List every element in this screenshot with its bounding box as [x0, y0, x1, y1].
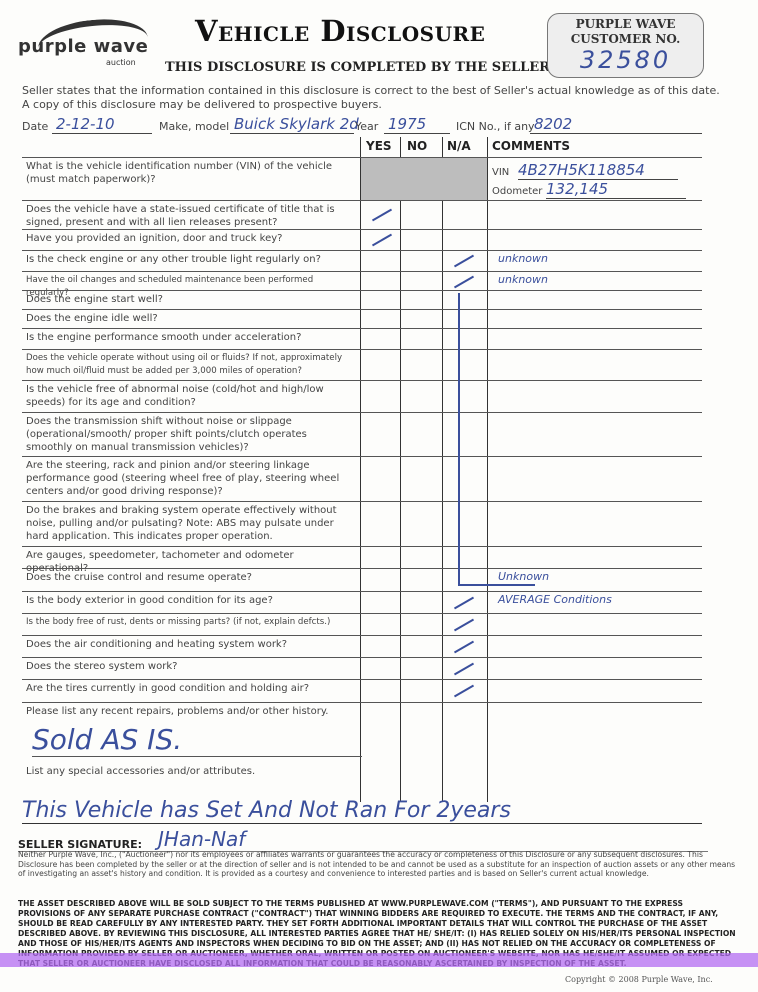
table-row: Does the engine start well?: [22, 290, 702, 310]
odometer-field[interactable]: 132,145: [546, 180, 686, 199]
answer-cell-yes[interactable]: [361, 413, 400, 457]
answer-cell-yes[interactable]: [361, 251, 400, 272]
accessories-section[interactable]: List any special accessories and/or attr…: [22, 760, 702, 837]
answer-cell-no[interactable]: [401, 569, 442, 592]
table-row: Have you provided an ignition, door and …: [22, 229, 702, 251]
check-mark-icon: [454, 597, 474, 610]
answer-cell-yes: [361, 158, 400, 201]
comment-cell[interactable]: [488, 658, 702, 680]
page-subtitle: THIS DISCLOSURE IS COMPLETED BY THE SELL…: [165, 60, 555, 75]
comment-cell[interactable]: unknown: [488, 272, 702, 291]
table-row: Is the body exterior in good condition f…: [22, 591, 702, 614]
column-header-yes: YES: [366, 139, 392, 153]
make-model-field[interactable]: Buick Skylark 2d: [230, 116, 354, 134]
question-text: Does the vehicle have a state-issued cer…: [26, 203, 356, 229]
answer-cell-yes[interactable]: [361, 547, 400, 569]
check-mark-icon: [372, 234, 392, 247]
question-text: Does the stereo system work?: [26, 660, 356, 673]
customer-number-box: PURPLE WAVE CUSTOMER NO. 32580: [547, 13, 704, 78]
answer-cell-na[interactable]: [443, 251, 487, 272]
question-text: Does the air conditioning and heating sy…: [26, 638, 356, 651]
answer-cell-yes[interactable]: [361, 230, 400, 251]
table-row: Are the steering, rack and pinion and/or…: [22, 456, 702, 502]
repairs-value: Sold AS IS.: [32, 723, 362, 757]
check-mark-icon: [454, 641, 474, 654]
table-row: What is the vehicle identification numbe…: [22, 157, 702, 201]
answer-cell-yes[interactable]: [361, 636, 400, 658]
make-model-label: Make, model: [159, 120, 229, 133]
answer-cell-no[interactable]: [401, 680, 442, 703]
year-value: 1975: [388, 115, 426, 133]
vin-field[interactable]: 4B27H5K118854: [518, 161, 678, 180]
answer-cell-yes[interactable]: [361, 614, 400, 636]
answer-cell-no[interactable]: [401, 350, 442, 381]
question-text: Have you provided an ignition, door and …: [26, 232, 356, 245]
answer-cell-yes[interactable]: [361, 381, 400, 413]
comment-cell[interactable]: [488, 636, 702, 658]
answer-cell-yes[interactable]: [361, 350, 400, 381]
answer-cell-yes[interactable]: [361, 569, 400, 592]
answer-cell-yes[interactable]: [361, 329, 400, 350]
answer-cell-yes[interactable]: [361, 680, 400, 703]
check-mark-icon: [454, 275, 474, 288]
answer-cell-no[interactable]: [401, 413, 442, 457]
check-mark-icon: [372, 209, 392, 222]
answer-cell-no[interactable]: [401, 457, 442, 502]
intro-line1: Seller states that the information conta…: [22, 84, 742, 98]
table-row: Is the check engine or any other trouble…: [22, 250, 702, 272]
answer-cell-yes[interactable]: [361, 658, 400, 680]
answer-cell-na[interactable]: [443, 230, 487, 251]
comment-value: unknown: [498, 252, 548, 265]
table-row: Are the tires currently in good conditio…: [22, 679, 702, 703]
check-mark-icon: [454, 663, 474, 676]
answer-cell-na[interactable]: [443, 680, 487, 703]
question-text: Do the brakes and braking system operate…: [26, 504, 356, 543]
answer-cell-na[interactable]: [443, 592, 487, 614]
answer-cell-no[interactable]: [401, 592, 442, 614]
table-row: Is the engine performance smooth under a…: [22, 328, 702, 350]
table-row: Does the air conditioning and heating sy…: [22, 635, 702, 658]
customer-box-label: PURPLE WAVE CUSTOMER NO.: [548, 14, 703, 47]
icn-label: ICN No., if any: [456, 120, 535, 133]
table-row: Does the transmission shift without nois…: [22, 412, 702, 457]
question-text: Does the engine start well?: [26, 293, 356, 306]
repairs-section[interactable]: Please list any recent repairs, problems…: [22, 702, 702, 761]
answer-cell-na[interactable]: [443, 636, 487, 658]
date-value: 2-12-10: [56, 115, 115, 133]
comment-cell[interactable]: [488, 680, 702, 703]
answer-cell-yes[interactable]: [361, 457, 400, 502]
highlight-bar: [0, 953, 758, 967]
answer-cell-na[interactable]: [443, 658, 487, 680]
vin-label: VIN: [492, 167, 509, 178]
answer-cell-no[interactable]: [401, 658, 442, 680]
na-bracket-mark: [458, 293, 535, 586]
signature-field[interactable]: JHan-Naf: [158, 827, 245, 851]
question-text: What is the vehicle identification numbe…: [26, 160, 356, 186]
question-text: Is the vehicle free of abnormal noise (c…: [26, 383, 356, 409]
answer-cell-yes[interactable]: [361, 291, 400, 310]
comment-cell[interactable]: VIN4B27H5K118854Odometer132,145: [488, 158, 702, 201]
comment-cell[interactable]: [488, 614, 702, 636]
make-model-value: Buick Skylark 2d: [234, 115, 359, 133]
table-row: Have the oil changes and scheduled maint…: [22, 271, 702, 291]
answer-cell-no[interactable]: [401, 329, 442, 350]
logo-text: purple wave: [18, 36, 148, 57]
icn-field[interactable]: 8202: [530, 116, 702, 134]
answer-cell-no[interactable]: [401, 502, 442, 547]
answer-cell-yes[interactable]: [361, 502, 400, 547]
customer-box-line1: PURPLE WAVE: [548, 17, 703, 32]
column-header-comments: COMMENTS: [492, 139, 570, 153]
table-row: Are gauges, speedometer, tachometer and …: [22, 546, 702, 569]
answer-cell-no: [401, 158, 442, 201]
table-row: Does the vehicle have a state-issued cer…: [22, 200, 702, 230]
accessories-label: List any special accessories and/or attr…: [26, 765, 356, 778]
year-label: Year: [355, 120, 378, 133]
date-field[interactable]: 2-12-10: [52, 116, 152, 134]
check-mark-icon: [454, 255, 474, 268]
intro-statement: Seller states that the information conta…: [22, 84, 742, 112]
icn-value: 8202: [534, 115, 572, 133]
table-row: Does the engine idle well?: [22, 309, 702, 329]
question-text: Is the body free of rust, dents or missi…: [26, 616, 356, 629]
comment-cell[interactable]: unknown: [488, 251, 702, 272]
page-title: Vehicle Disclosure: [195, 14, 485, 48]
answer-cell-na: [443, 158, 487, 201]
question-text: Are the tires currently in good conditio…: [26, 682, 356, 695]
answer-cell-no[interactable]: [401, 291, 442, 310]
answer-cell-no[interactable]: [401, 547, 442, 569]
table-row: Does the stereo system work?: [22, 657, 702, 680]
comment-cell[interactable]: [488, 201, 702, 230]
vehicle-meta-row: Date 2-12-10 Make, model Buick Skylark 2…: [22, 116, 742, 136]
question-text: Are the steering, rack and pinion and/or…: [26, 459, 356, 498]
comment-value: AVERAGE Conditions: [498, 593, 612, 606]
date-label: Date: [22, 120, 48, 133]
answer-cell-no[interactable]: [401, 251, 442, 272]
intro-line2: A copy of this disclosure may be deliver…: [22, 98, 742, 112]
answer-cell-no[interactable]: [401, 272, 442, 291]
comment-value: unknown: [498, 273, 548, 286]
question-text: Does the transmission shift without nois…: [26, 415, 356, 454]
comment-cell[interactable]: [488, 230, 702, 251]
answer-cell-na[interactable]: [443, 272, 487, 291]
answer-cell-yes[interactable]: [361, 201, 400, 230]
answer-cell-yes[interactable]: [361, 310, 400, 329]
answer-cell-no[interactable]: [401, 636, 442, 658]
check-mark-icon: [454, 619, 474, 632]
question-text: Is the check engine or any other trouble…: [26, 253, 356, 266]
question-text: Is the engine performance smooth under a…: [26, 331, 356, 344]
customer-box-line2: CUSTOMER NO.: [548, 32, 703, 47]
answer-cell-no[interactable]: [401, 310, 442, 329]
answer-cell-na[interactable]: [443, 201, 487, 230]
disclaimer-text: Neither Purple Wave, Inc., ("Auctioneer"…: [18, 850, 738, 879]
column-header-na: N/A: [447, 139, 471, 153]
odometer-label: Odometer: [492, 186, 542, 197]
table-row: Do the brakes and braking system operate…: [22, 501, 702, 547]
answer-cell-no[interactable]: [401, 230, 442, 251]
answer-cell-no[interactable]: [401, 381, 442, 413]
comment-cell[interactable]: AVERAGE Conditions: [488, 592, 702, 614]
accessories-value: This Vehicle has Set And Not Ran For 2ye…: [22, 798, 702, 824]
table-row: Does the cruise control and resume opera…: [22, 568, 702, 592]
table-row: Is the body free of rust, dents or missi…: [22, 613, 702, 636]
year-field[interactable]: 1975: [384, 116, 450, 134]
repairs-label: Please list any recent repairs, problems…: [26, 705, 356, 718]
table-row: Does the vehicle operate without using o…: [22, 349, 702, 381]
answer-cell-na[interactable]: [443, 614, 487, 636]
question-text: Does the cruise control and resume opera…: [26, 571, 356, 584]
answer-cell-yes[interactable]: [361, 592, 400, 614]
disclosure-table: YESNON/ACOMMENTSWhat is the vehicle iden…: [22, 137, 702, 837]
answer-cell-yes[interactable]: [361, 272, 400, 291]
answer-cell-no[interactable]: [401, 614, 442, 636]
copyright: Copyright © 2008 Purple Wave, Inc.: [565, 975, 713, 984]
table-row: Is the vehicle free of abnormal noise (c…: [22, 380, 702, 413]
question-text: Is the body exterior in good condition f…: [26, 594, 356, 607]
question-text: Does the vehicle operate without using o…: [26, 352, 356, 378]
column-header-no: NO: [407, 139, 427, 153]
purple-wave-logo: purple wave auction: [18, 20, 158, 70]
check-mark-icon: [454, 685, 474, 698]
answer-cell-no[interactable]: [401, 201, 442, 230]
logo-subtext: auction: [106, 58, 136, 67]
question-text: Does the engine idle well?: [26, 312, 356, 325]
customer-number-field[interactable]: 32580: [548, 47, 703, 73]
